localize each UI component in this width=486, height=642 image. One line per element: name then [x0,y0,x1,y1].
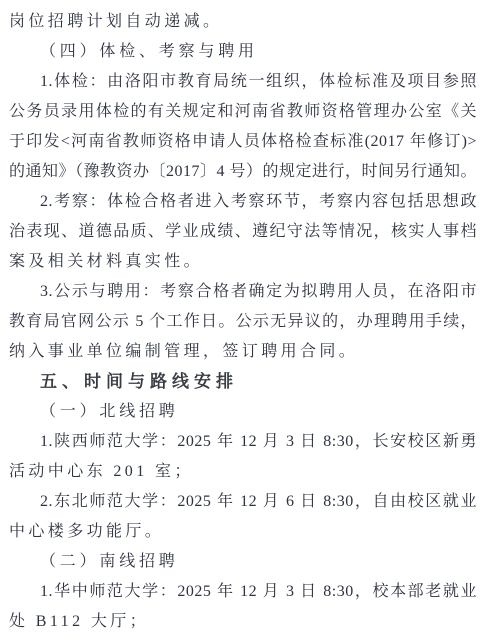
text-line: 于印发<河南省教师资格申请人员体格检查标准(2017 年修订)> [9,127,477,157]
sub-heading-line: （一）北线招聘 [9,397,477,427]
text-line: 教育局官网公示 5 个工作日。公示无异议的，办理聘用手续， [9,307,477,337]
paragraph-physical-exam: 1.体检：由洛阳市教育局统一组织，体检标准及项目参照 公务员录用体检的有关规定和… [9,67,477,187]
document-page: 岗位招聘计划自动递减。 （四）体检、考察与聘用 1.体检：由洛阳市教育局统一组织… [0,0,486,642]
sub-heading-line: （四）体检、考察与聘用 [9,37,477,67]
text-line: 纳入事业单位编制管理，签订聘用合同。 [9,337,477,367]
text-line: 1.体检：由洛阳市教育局统一组织，体检标准及项目参照 [9,67,477,97]
text-line: 2.考察：体检合格者进入考察环节，考察内容包括思想政 [9,187,477,217]
section-heading-line: 五、时间与路线安排 [9,367,477,397]
text-line: 岗位招聘计划自动递减。 [9,7,477,37]
text-line: 活动中心东 201 室； [9,457,477,487]
text-line: 2.东北师范大学：2025 年 12 月 6 日 8:30，自由校区就业 [9,487,477,517]
text-line: 治表现、道德品质、学业成绩、遵纪守法等情况，核实人事档 [9,217,477,247]
paragraph-northeast-normal-univ: 2.东北师范大学：2025 年 12 月 6 日 8:30，自由校区就业 中心楼… [9,487,477,547]
text-line: 中心楼多功能厅。 [9,517,477,547]
text-line: 处 B112 大厅； [9,607,477,637]
text-line: 3.公示与聘用：考察合格者确定为拟聘用人员，在洛阳市 [9,277,477,307]
paragraph-inspection: 2.考察：体检合格者进入考察环节，考察内容包括思想政 治表现、道德品质、学业成绩… [9,187,477,277]
section-4-heading: （四）体检、考察与聘用 [9,37,477,67]
paragraph-continuation: 岗位招聘计划自动递减。 [9,7,477,37]
text-line: 案及相关材料真实性。 [9,247,477,277]
paragraph-shaanxi-normal-univ: 1.陕西师范大学：2025 年 12 月 3 日 8:30，长安校区新勇 活动中… [9,427,477,487]
section-5-heading: 五、时间与路线安排 [9,367,477,397]
text-line: 1.华中师范大学：2025 年 12 月 3 日 8:30，校本部老就业 [9,577,477,607]
south-route-heading: （二）南线招聘 [9,547,477,577]
text-line: 的通知》（豫教资办〔2017〕4 号）的规定进行，时间另行通知。 [9,157,477,187]
north-route-heading: （一）北线招聘 [9,397,477,427]
text-line: 公务员录用体检的有关规定和河南省教师资格管理办公室《关 [9,97,477,127]
sub-heading-line: （二）南线招聘 [9,547,477,577]
text-line: 1.陕西师范大学：2025 年 12 月 3 日 8:30，长安校区新勇 [9,427,477,457]
paragraph-announcement-hiring: 3.公示与聘用：考察合格者确定为拟聘用人员，在洛阳市 教育局官网公示 5 个工作… [9,277,477,367]
paragraph-central-china-normal-univ: 1.华中师范大学：2025 年 12 月 3 日 8:30，校本部老就业 处 B… [9,577,477,637]
